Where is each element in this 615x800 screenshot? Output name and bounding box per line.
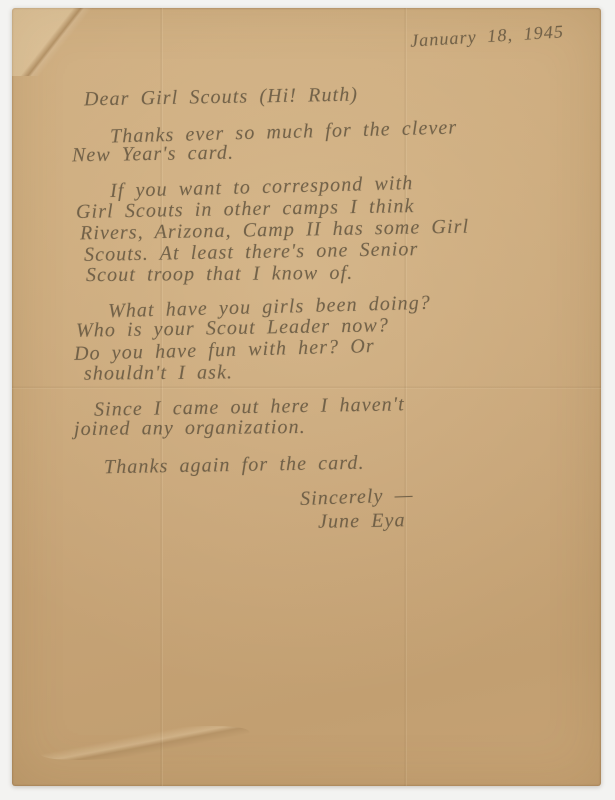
horizontal-fold-crease [12, 386, 601, 389]
letter-paper-sheet: January 18, 1945 Dear Girl Scouts (Hi! R… [12, 8, 601, 786]
scanned-letter-page: January 18, 1945 Dear Girl Scouts (Hi! R… [0, 0, 615, 800]
paragraph-2-line-5: Scout troop that I know of. [86, 262, 353, 287]
letter-signature: June Eya [318, 509, 406, 534]
letter-date: January 18, 1945 [410, 21, 565, 51]
paragraph-5-line-1: Thanks again for the card. [104, 452, 365, 480]
paper-wrinkle [39, 719, 251, 767]
letter-closing: Sincerely — [300, 484, 414, 511]
paragraph-3-line-4: shouldn't I ask. [84, 361, 233, 385]
paragraph-1-line-2: New Year's card. [72, 142, 234, 168]
letter-salutation: Dear Girl Scouts (Hi! Ruth) [84, 84, 358, 112]
paragraph-4-line-2: joined any organization. [74, 416, 306, 441]
top-left-corner-fold [12, 8, 98, 76]
